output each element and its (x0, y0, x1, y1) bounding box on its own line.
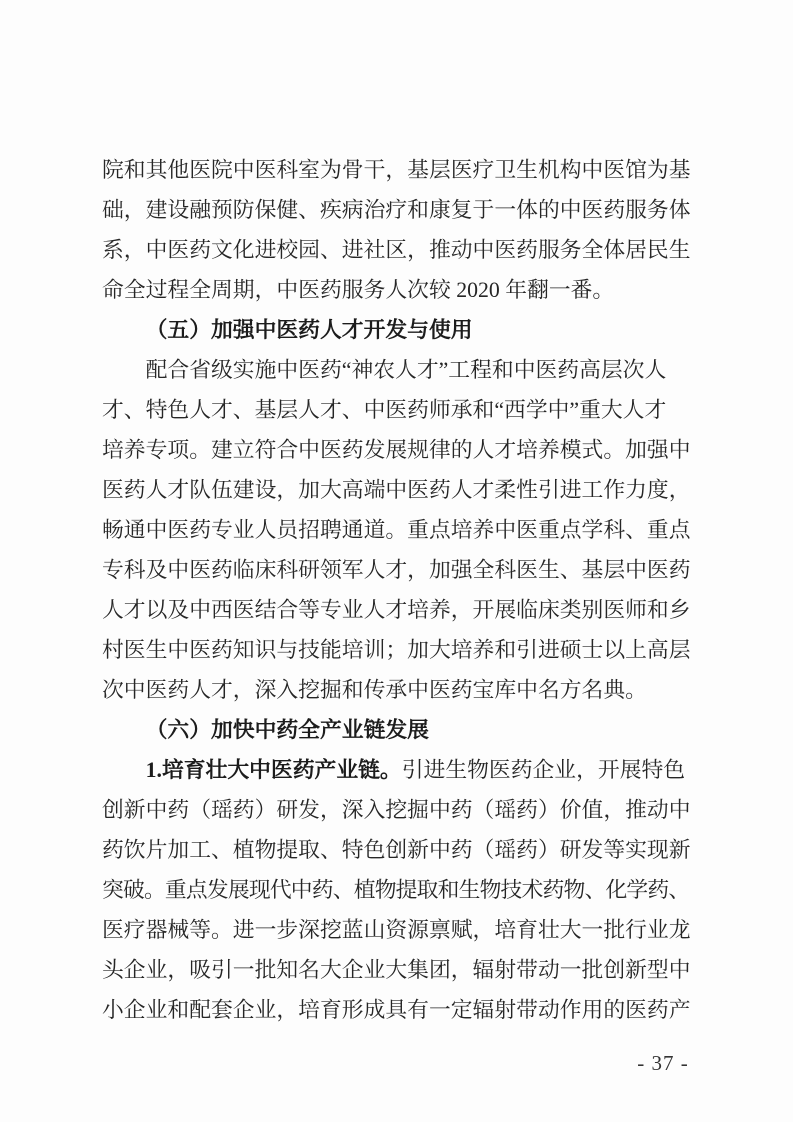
body-line: 村医生中医药知识与技能培训；加大培养和引进硕士以上高层 (102, 630, 696, 670)
body-line: 小企业和配套企业，培育形成具有一定辐射带动作用的医药产 (102, 990, 696, 1030)
text-segment: 医疗器械等。进一步深挖蓝山资源禀赋，培育壮大一批行业龙 (102, 918, 691, 942)
text-segment: 引进生物医药企业，开展特色 (402, 758, 685, 782)
section-heading-5: （五）加强中医药人才开发与使用 (102, 310, 696, 350)
text-segment: 畅通中医药专业人员招聘通道。重点培养中医重点学科、重点 (102, 518, 691, 542)
document-text-block: 院和其他医院中医科室为骨干，基层医疗卫生机构中医馆为基础，建设融预防保健、疾病治… (102, 150, 696, 1030)
text-segment: 命全过程全周期，中医药服务人次较 2020 年翻一番。 (102, 278, 614, 302)
body-line: 配合省级实施中医药“神农人才”工程和中医药高层次人 (102, 350, 696, 390)
section-heading-6: （六）加快中药全产业链发展 (102, 710, 696, 750)
bold-text-segment: （六）加快中药全产业链发展 (146, 718, 429, 742)
text-segment: 突破。重点发展现代中药、植物提取和生物技术药物、化学药、 (102, 878, 689, 902)
body-line: 头企业，吸引一批知名大企业大集团，辐射带动一批创新型中 (102, 950, 696, 990)
text-segment: 头企业，吸引一批知名大企业大集团，辐射带动一批创新型中 (102, 958, 691, 982)
text-segment: 系，中医药文化进校园、进社区，推动中医药服务全体居民生 (102, 238, 691, 262)
body-line: 院和其他医院中医科室为骨干，基层医疗卫生机构中医馆为基 (102, 150, 696, 190)
body-line: 畅通中医药专业人员招聘通道。重点培养中医重点学科、重点 (102, 510, 696, 550)
body-line: 系，中医药文化进校园、进社区，推动中医药服务全体居民生 (102, 230, 696, 270)
document-page: 院和其他医院中医科室为骨干，基层医疗卫生机构中医馆为基础，建设融预防保健、疾病治… (0, 0, 793, 1122)
text-segment: 培养专项。建立符合中医药发展规律的人才培养模式。加强中 (102, 438, 691, 462)
text-segment: 院和其他医院中医科室为骨干，基层医疗卫生机构中医馆为基 (102, 158, 691, 182)
bold-text-segment: 1.培育壮大中医药产业链。 (146, 758, 402, 782)
text-segment: 才、特色人才、基层人才、中医药师承和“西学中”重大人才 (102, 398, 666, 422)
text-segment: 医药人才队伍建设，加大高端中医药人才柔性引进工作力度， (102, 478, 691, 502)
body-line: 医药人才队伍建设，加大高端中医药人才柔性引进工作力度， (102, 470, 696, 510)
body-line: 医疗器械等。进一步深挖蓝山资源禀赋，培育壮大一批行业龙 (102, 910, 696, 950)
text-segment: 础，建设融预防保健、疾病治疗和康复于一体的中医药服务体 (102, 198, 691, 222)
body-line: 才、特色人才、基层人才、中医药师承和“西学中”重大人才 (102, 390, 696, 430)
body-line: 次中医药人才，深入挖掘和传承中医药宝库中名方名典。 (102, 670, 696, 710)
body-line: 培养专项。建立符合中医药发展规律的人才培养模式。加强中 (102, 430, 696, 470)
text-segment: 次中医药人才，深入挖掘和传承中医药宝库中名方名典。 (102, 678, 647, 702)
page-number: - 37 - (630, 1048, 696, 1078)
text-segment: 药饮片加工、植物提取、特色创新中药（瑶药）研发等实现新 (102, 838, 691, 862)
text-segment: 小企业和配套企业，培育形成具有一定辐射带动作用的医药产 (102, 998, 691, 1022)
text-segment: 村医生中医药知识与技能培训；加大培养和引进硕士以上高层 (102, 638, 691, 662)
body-line: 突破。重点发展现代中药、植物提取和生物技术药物、化学药、 (102, 870, 696, 910)
body-line: 人才以及中西医结合等专业人才培养，开展临床类别医师和乡 (102, 590, 696, 630)
body-line: 础，建设融预防保健、疾病治疗和康复于一体的中医药服务体 (102, 190, 696, 230)
text-segment: 创新中药（瑶药）研发，深入挖掘中药（瑶药）价值，推动中 (102, 798, 691, 822)
body-line: 药饮片加工、植物提取、特色创新中药（瑶药）研发等实现新 (102, 830, 696, 870)
body-line: 创新中药（瑶药）研发，深入挖掘中药（瑶药）价值，推动中 (102, 790, 696, 830)
body-line: 1.培育壮大中医药产业链。引进生物医药企业，开展特色 (102, 750, 696, 790)
bold-text-segment: （五）加强中医药人才开发与使用 (146, 318, 473, 342)
body-line: 专科及中医药临床科研领军人才，加强全科医生、基层中医药 (102, 550, 696, 590)
text-segment: 人才以及中西医结合等专业人才培养，开展临床类别医师和乡 (102, 598, 691, 622)
text-segment: 专科及中医药临床科研领军人才，加强全科医生、基层中医药 (102, 558, 691, 582)
text-segment: 配合省级实施中医药“神农人才”工程和中医药高层次人 (146, 358, 667, 382)
body-line: 命全过程全周期，中医药服务人次较 2020 年翻一番。 (102, 270, 696, 310)
